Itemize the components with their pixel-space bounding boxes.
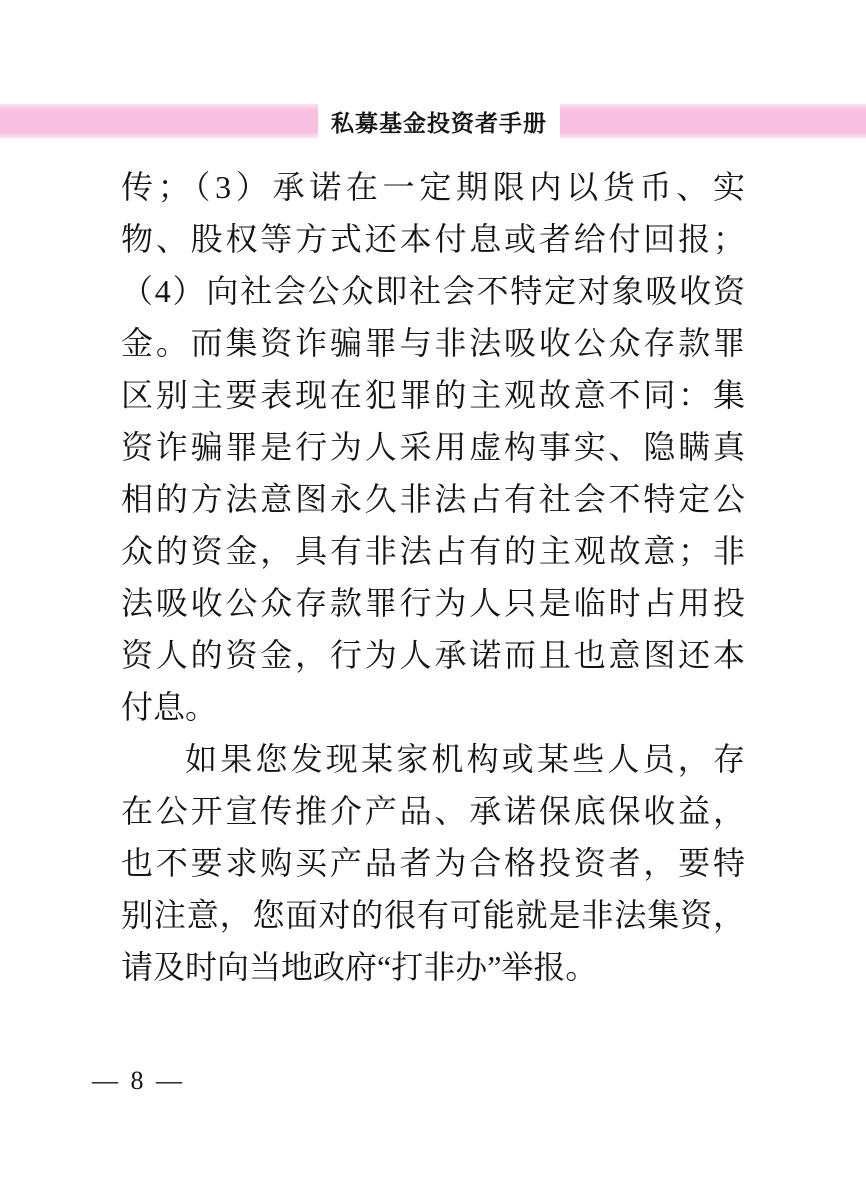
text-line: 别注意，您面对的很有可能就是非法集资，	[121, 889, 745, 941]
header-rule-left	[0, 104, 318, 138]
text-line: 物、股权等方式还本付息或者给付回报；	[121, 213, 745, 265]
text-line: 付息。	[121, 681, 745, 733]
text-line: 金。而集资诈骗罪与非法吸收公众存款罪	[121, 317, 745, 369]
text-line: （4）向社会公众即社会不特定对象吸收资	[121, 265, 745, 317]
text-line: 区别主要表现在犯罪的主观故意不同：集	[121, 369, 745, 421]
text-line: 相的方法意图永久非法占有社会不特定公	[121, 473, 745, 525]
page-number: — 8 —	[92, 1066, 185, 1096]
text-line: 资诈骗罪是行为人采用虚构事实、隐瞒真	[121, 421, 745, 473]
book-page: 私募基金投资者手册 传；（3）承诺在一定期限内以货币、实 物、股权等方式还本付息…	[0, 0, 866, 1189]
body-text: 传；（3）承诺在一定期限内以货币、实 物、股权等方式还本付息或者给付回报； （4…	[121, 161, 745, 993]
text-line: 在公开宣传推介产品、承诺保底保收益，	[121, 785, 745, 837]
text-line: 资人的资金，行为人承诺而且也意图还本	[121, 629, 745, 681]
text-line: 也不要求购买产品者为合格投资者，要特	[121, 837, 745, 889]
running-header: 私募基金投资者手册	[0, 104, 866, 138]
text-line: 请及时向当地政府“打非办”举报。	[121, 941, 745, 993]
text-line: 众的资金，具有非法占有的主观故意；非	[121, 525, 745, 577]
header-rule-right	[560, 104, 866, 138]
text-line: 传；（3）承诺在一定期限内以货币、实	[121, 161, 745, 213]
text-line: 如果您发现某家机构或某些人员，存	[121, 733, 745, 785]
text-line: 法吸收公众存款罪行为人只是临时占用投	[121, 577, 745, 629]
running-header-title: 私募基金投资者手册	[318, 105, 560, 138]
